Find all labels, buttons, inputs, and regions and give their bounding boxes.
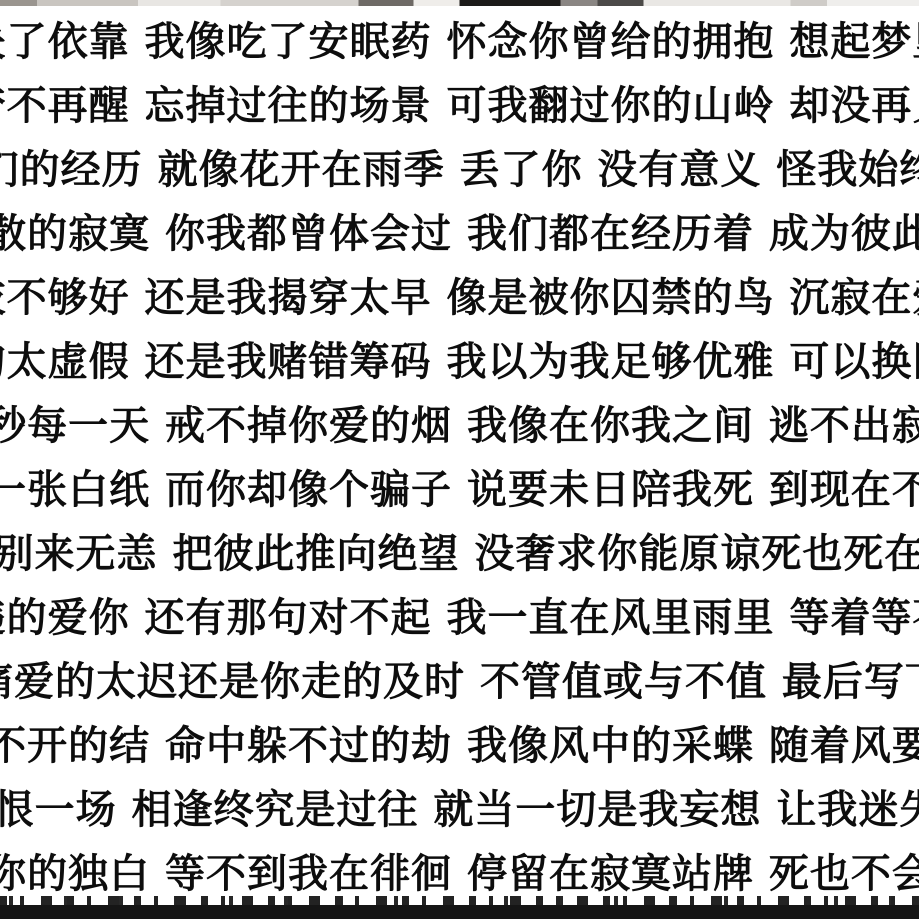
- video-letterbox-bottom: [0, 905, 919, 919]
- lyric-line-13: 爱一场 恨一场 相逢终究是过往 就当一切是我妄想 让我迷失在荒港: [0, 778, 919, 842]
- lyric-line-2: 假如一梦不再醒 忘掉过往的场景 可我翻过你的山岭 却没再见你踪影: [0, 74, 919, 138]
- lyric-line-10: 那句久违的爱你 还有那句对不起 我一直在风里雨里 等着等不到的你: [0, 586, 919, 650]
- lyric-line-7: 每分每秒每一天 戒不掉你爱的烟 我像在你我之间 逃不出寂寞的圈: [0, 394, 919, 458]
- video-frame: 我像丢失了依靠 我像吃了安眠药 怀念你曾给的拥抱 想起梦里你在笑 假如一梦不再醒…: [0, 0, 919, 919]
- video-letterbox-top: [0, 0, 919, 6]
- lyric-line-5: 是你演技不够好 还是我揭穿太早 像是被你囚禁的鸟 沉寂在爱的孤岛: [0, 266, 919, 330]
- lyrics-block: 我像丢失了依靠 我像吃了安眠药 怀念你曾给的拥抱 想起梦里你在笑 假如一梦不再醒…: [0, 10, 919, 906]
- lyric-line-1: 我像丢失了依靠 我像吃了安眠药 怀念你曾给的拥抱 想起梦里你在笑: [0, 10, 919, 74]
- lyric-line-3: 我想我们的经历 就像花开在雨季 丢了你 没有意义 怪我始终没勇气: [0, 138, 919, 202]
- lyric-line-11: 是我心痛爱的太迟还是你走的及时 不管值或与不值 最后写下这套词: [0, 650, 919, 714]
- lyric-line-6: 是你爱的太虚假 还是我赌错筹码 我以为我足够优雅 可以换回我潇洒: [0, 330, 919, 394]
- lyric-line-4: 曲终人散的寂寞 你我都曾体会过 我们都在经历着 成为彼此间过客: [0, 202, 919, 266]
- lyric-line-8: 我像是一张白纸 而你却像个骗子 说要未日陪我死 到现在不过如此: [0, 458, 919, 522]
- clipped-next-lyric-line: [0, 896, 919, 905]
- lyric-line-9: 那一句别来无恙 把彼此推向绝望 没奢求你能原谅死也死在你手上: [0, 522, 919, 586]
- lyric-line-12: 眉头解不开的结 命中躲不过的劫 我像风中的采蝶 随着风要说永别: [0, 714, 919, 778]
